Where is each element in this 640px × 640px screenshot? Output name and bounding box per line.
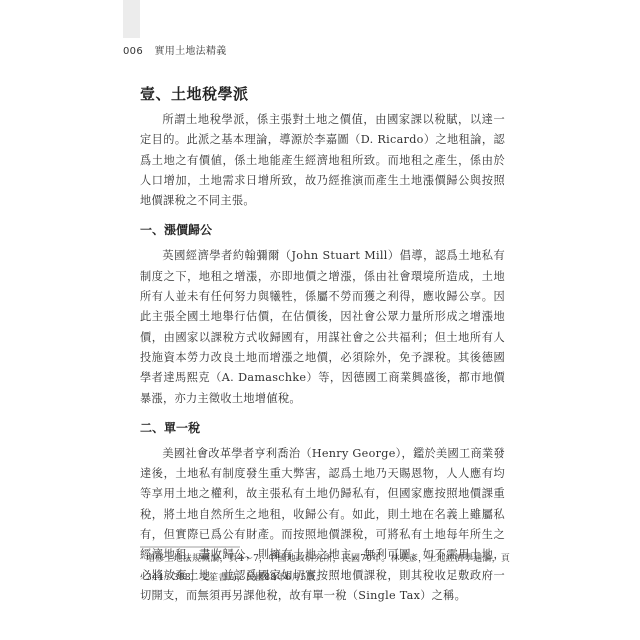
- page-thumb-tab: [123, 0, 140, 38]
- subsection-title-1: 一、漲價歸公: [140, 221, 505, 238]
- page-number: 006: [123, 46, 143, 57]
- section-title: 壹、土地稅學派: [140, 83, 505, 104]
- book-title: 實用土地法精義: [154, 46, 226, 57]
- footnote-divider: [140, 546, 240, 548]
- page-body: 壹、土地稅學派 所謂土地稅學派，係主張對土地之價值，由國家課以稅賦，以達一定目的…: [140, 83, 505, 606]
- section-intro-paragraph: 所謂土地稅學派，係主張對土地之價值，由國家課以稅賦，以達一定目的。此派之基本理論…: [140, 110, 505, 211]
- subsection-paragraph-1: 英國經濟學者約翰彌爾（John Stuart Mill）倡導，認爲土地私有制度之…: [140, 246, 505, 408]
- running-header: 006 實用土地法精義: [123, 42, 227, 57]
- subsection-title-2: 二、單一稅: [140, 419, 505, 436]
- footnote: 增修土地法規概論，頁4～7，中國地政研究所，民國70年。林英彥，土地經濟學通論，…: [146, 550, 511, 588]
